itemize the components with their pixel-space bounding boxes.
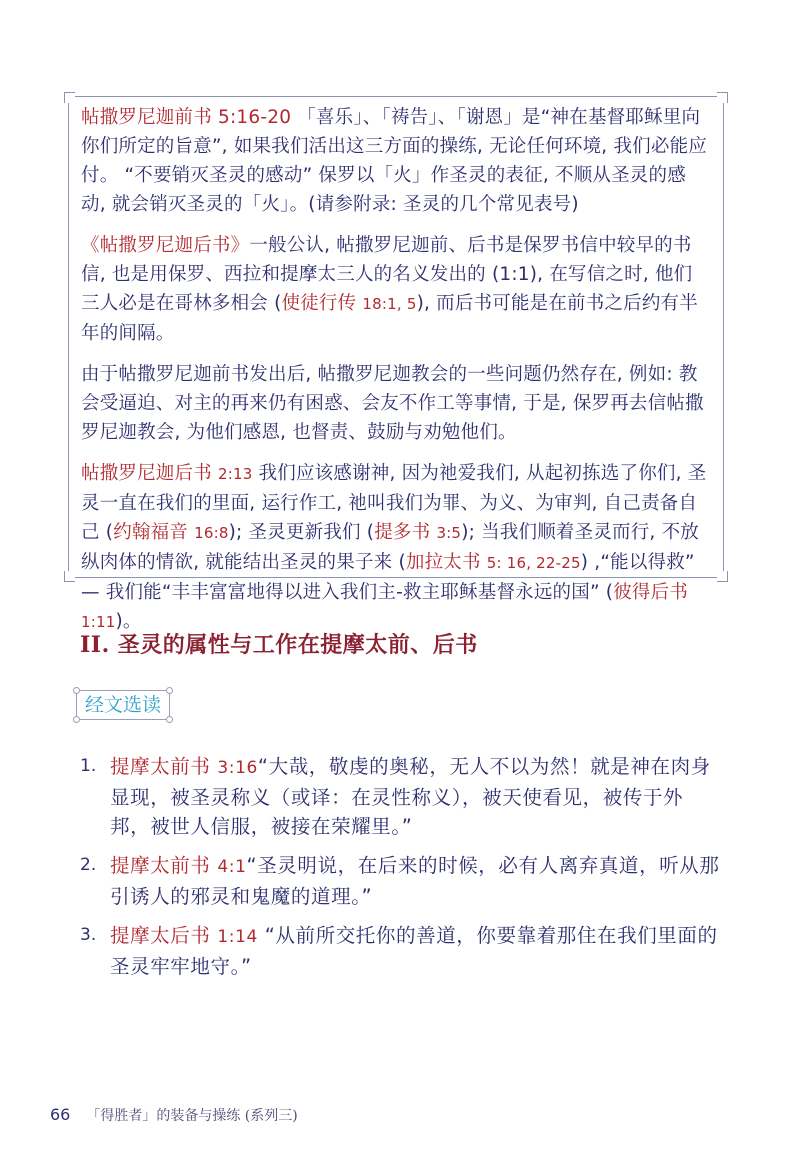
corner-ornament (64, 571, 75, 582)
item-text: 提摩太后书 1:14 “从前所交托你的善道，你要靠着那住在我们里面的圣灵牢牢地守… (110, 921, 720, 981)
scripture-ref: 约翰福音 (113, 522, 188, 543)
book-title-ref: 《帖撒罗尼迦后书》 (81, 235, 249, 256)
paragraph-4: 帖撒罗尼迦后书 2:13 我们应该感谢神, 因为祂爱我们, 从起初拣选了你们, … (81, 459, 709, 637)
scripture-ref-num: 16:8 (194, 524, 228, 542)
running-title: 「得胜者」的装备与操练 (系列三) (86, 1108, 297, 1124)
tag-ornament (166, 716, 173, 723)
scripture-ref-num: 3:5 (436, 524, 461, 542)
paragraph-3: 由于帖撒罗尼迦前书发出后, 帖撒罗尼迦教会的一些问题仍然存在, 例如: 教会受逼… (81, 360, 709, 447)
scripture-list: 1. 提摩太前书 3:16“大哉，敬虔的奥秘，无人不以为然！就是神在肉身显现，被… (80, 752, 720, 991)
item-number: 1. (80, 752, 110, 841)
page-number: 66 (50, 1105, 70, 1124)
section-heading: II.圣灵的属性与工作在提摩太前、后书 (80, 628, 478, 659)
corner-ornament (64, 92, 75, 103)
scripture-ref: 提摩太前书 (110, 755, 211, 778)
paragraph-1: 帖撒罗尼迦前书 5:16-20 「喜乐」、「祷告」、「谢恩」是“神在基督耶稣里向… (81, 103, 709, 219)
scripture-ref-num: 3:16 (217, 758, 258, 778)
scripture-ref: 彼得后书 (613, 582, 688, 603)
item-text: 提摩太前书 4:1“圣灵明说，在后来的时候，必有人离弃真道，听从那引诱人的邪灵和… (110, 851, 720, 911)
corner-ornament (717, 571, 728, 582)
tag-ornament (166, 687, 173, 694)
scripture-ref-num: 5:16-20 (218, 107, 291, 128)
scripture-ref: 提摩太后书 (110, 924, 211, 947)
scripture-ref-num: 5: 16, 22-25 (487, 554, 581, 572)
scripture-ref-num: 1:14 (217, 927, 258, 947)
scripture-ref: 加拉太书 (406, 552, 481, 573)
item-number: 2. (80, 851, 110, 911)
scripture-ref-num: 2:13 (218, 465, 252, 483)
scripture-ref-num: 4:1 (217, 857, 246, 877)
section-title: 圣灵的属性与工作在提摩太前、后书 (118, 633, 478, 658)
tag-ornament (73, 687, 80, 694)
paragraph-text: 由于帖撒罗尼迦前书发出后, 帖撒罗尼迦教会的一些问题仍然存在, 例如: 教会受逼… (81, 364, 704, 443)
scripture-ref-num: 18:1, 5 (362, 295, 416, 313)
scripture-ref: 使徒行传 (282, 293, 357, 314)
page-footer: 66「得胜者」的装备与操练 (系列三) (50, 1105, 298, 1125)
section-number: II. (80, 632, 110, 658)
corner-ornament (717, 92, 728, 103)
scripture-ref: 提多书 (374, 522, 430, 543)
tag-ornament (73, 716, 80, 723)
list-item: 1. 提摩太前书 3:16“大哉，敬虔的奥秘，无人不以为然！就是神在肉身显现，被… (80, 752, 720, 841)
scripture-ref: 提摩太前书 (110, 854, 211, 877)
list-item: 3. 提摩太后书 1:14 “从前所交托你的善道，你要靠着那住在我们里面的圣灵牢… (80, 921, 720, 981)
scripture-reading-tag: 经文选读 (76, 690, 170, 720)
paragraph-text: ); 圣灵更新我们 ( (229, 522, 375, 543)
scripture-ref: 帖撒罗尼迦前书 (81, 107, 212, 128)
paragraph-2: 《帖撒罗尼迦后书》一般公认, 帖撒罗尼迦前、后书是保罗书信中较早的书信, 也是用… (81, 231, 709, 348)
commentary-box: 帖撒罗尼迦前书 5:16-20 「喜乐」、「祷告」、「谢恩」是“神在基督耶稣里向… (68, 96, 724, 578)
item-text: 提摩太前书 3:16“大哉，敬虔的奥秘，无人不以为然！就是神在肉身显现，被圣灵称… (110, 752, 720, 841)
tag-label: 经文选读 (85, 694, 161, 716)
list-item: 2. 提摩太前书 4:1“圣灵明说，在后来的时候，必有人离弃真道，听从那引诱人的… (80, 851, 720, 911)
item-number: 3. (80, 921, 110, 981)
scripture-ref: 帖撒罗尼迦后书 (81, 463, 212, 484)
